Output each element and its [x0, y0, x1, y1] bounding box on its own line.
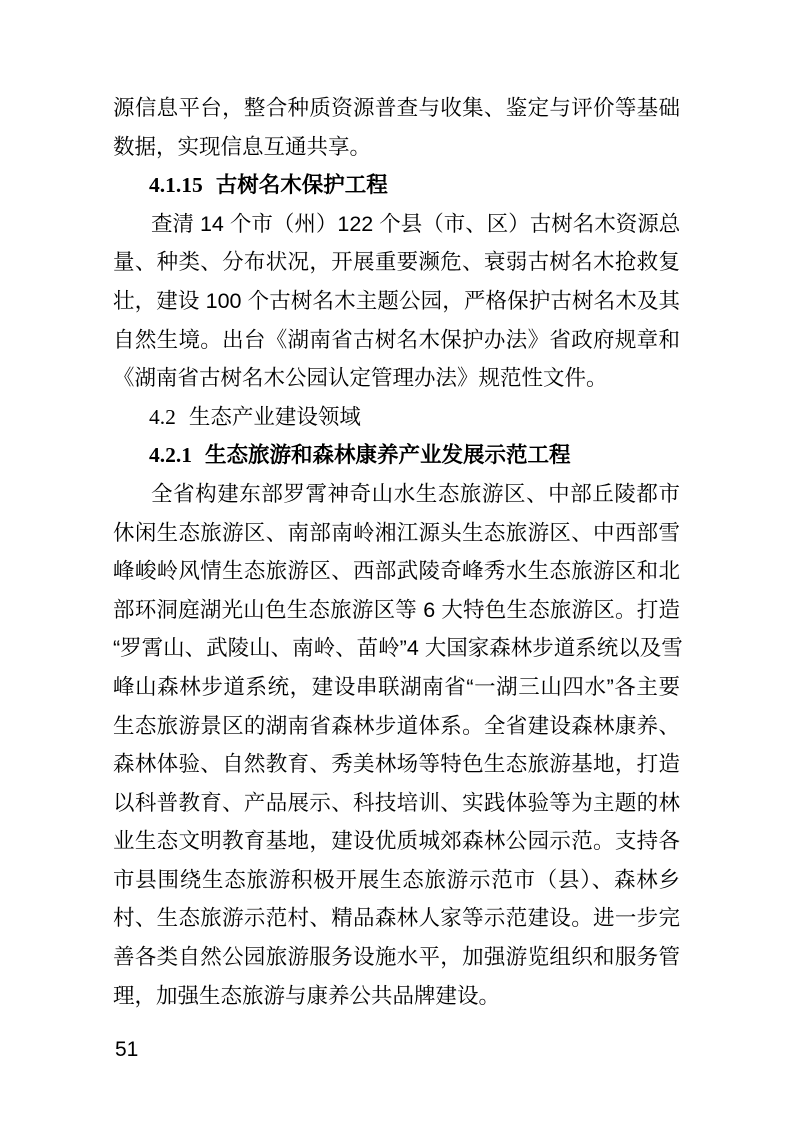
text-line: 量、种类、分布状况，开展重要濒危、衰弱古树名木抢救复 — [113, 243, 680, 282]
text-line: 自然生境。出台《湖南省古树名木保护办法》省政府规章和 — [113, 321, 680, 360]
text-line: 市县围绕生态旅游积极开展生态旅游示范市（县）、森林乡 — [113, 861, 680, 900]
section-heading-4-2-1: 4.2.1生态旅游和森林康养产业发展示范工程 — [113, 436, 680, 475]
section-heading-4-2: 4.2生态产业建设领域 — [113, 398, 680, 437]
text-line: 善各类自然公园旅游服务设施水平，加强游览组织和服务管 — [113, 938, 680, 977]
paragraph-eco-tourism: 全省构建东部罗霄神奇山水生态旅游区、中部丘陵都市休闲生态旅游区、南部南岭湘江源头… — [113, 475, 680, 1015]
text-line: 数据，实现信息互通共享。 — [113, 128, 680, 167]
text-line: 查清 14 个市（州）122 个县（市、区）古树名木资源总 — [113, 205, 680, 244]
text-line: 源信息平台，整合种质资源普查与收集、鉴定与评价等基础 — [113, 89, 680, 128]
text-line: 理，加强生态旅游与康养公共品牌建设。 — [113, 977, 680, 1016]
heading-number: 4.2.1 — [149, 443, 192, 467]
heading-number: 4.1.15 — [149, 173, 203, 197]
document-page: 源信息平台，整合种质资源普查与收集、鉴定与评价等基础数据，实现信息互通共享。 4… — [0, 0, 793, 1122]
text-line: 全省构建东部罗霄神奇山水生态旅游区、中部丘陵都市 — [113, 475, 680, 514]
text-line: 森林体验、自然教育、秀美林场等特色生态旅游基地，打造 — [113, 745, 680, 784]
heading-number: 4.2 — [149, 405, 176, 429]
text-line: 村、生态旅游示范村、精品森林人家等示范建设。进一步完 — [113, 899, 680, 938]
text-line: 壮，建设 100 个古树名木主题公园，严格保护古树名木及其 — [113, 282, 680, 321]
heading-title: 生态旅游和森林康养产业发展示范工程 — [205, 443, 571, 467]
paragraph-ancient-trees: 查清 14 个市（州）122 个县（市、区）古树名木资源总量、种类、分布状况，开… — [113, 205, 680, 398]
text-line: 休闲生态旅游区、南部南岭湘江源头生态旅游区、中西部雪 — [113, 514, 680, 553]
text-line: “罗霄山、武陵山、南岭、苗岭”4 大国家森林步道系统以及雪 — [113, 629, 680, 668]
paragraph-continuation: 源信息平台，整合种质资源普查与收集、鉴定与评价等基础数据，实现信息互通共享。 — [113, 89, 680, 166]
text-line: 生态旅游景区的湖南省森林步道体系。全省建设森林康养、 — [113, 707, 680, 746]
text-line: 部环洞庭湖光山色生态旅游区等 6 大特色生态旅游区。打造 — [113, 591, 680, 630]
heading-title: 古树名木保护工程 — [216, 173, 388, 197]
section-heading-4-1-15: 4.1.15古树名木保护工程 — [113, 166, 680, 205]
text-line: 峰峻岭风情生态旅游区、西部武陵奇峰秀水生态旅游区和北 — [113, 552, 680, 591]
text-line: 《湖南省古树名木公园认定管理办法》规范性文件。 — [113, 359, 680, 398]
heading-title: 生态产业建设领域 — [189, 405, 361, 429]
document-body: 源信息平台，整合种质资源普查与收集、鉴定与评价等基础数据，实现信息互通共享。 4… — [113, 89, 680, 1015]
text-line: 以科普教育、产品展示、科技培训、实践体验等为主题的林 — [113, 784, 680, 823]
text-line: 业生态文明教育基地，建设优质城郊森林公园示范。支持各 — [113, 822, 680, 861]
text-line: 峰山森林步道系统，建设串联湖南省“一湖三山四水”各主要 — [113, 668, 680, 707]
page-number: 51 — [115, 1036, 138, 1064]
